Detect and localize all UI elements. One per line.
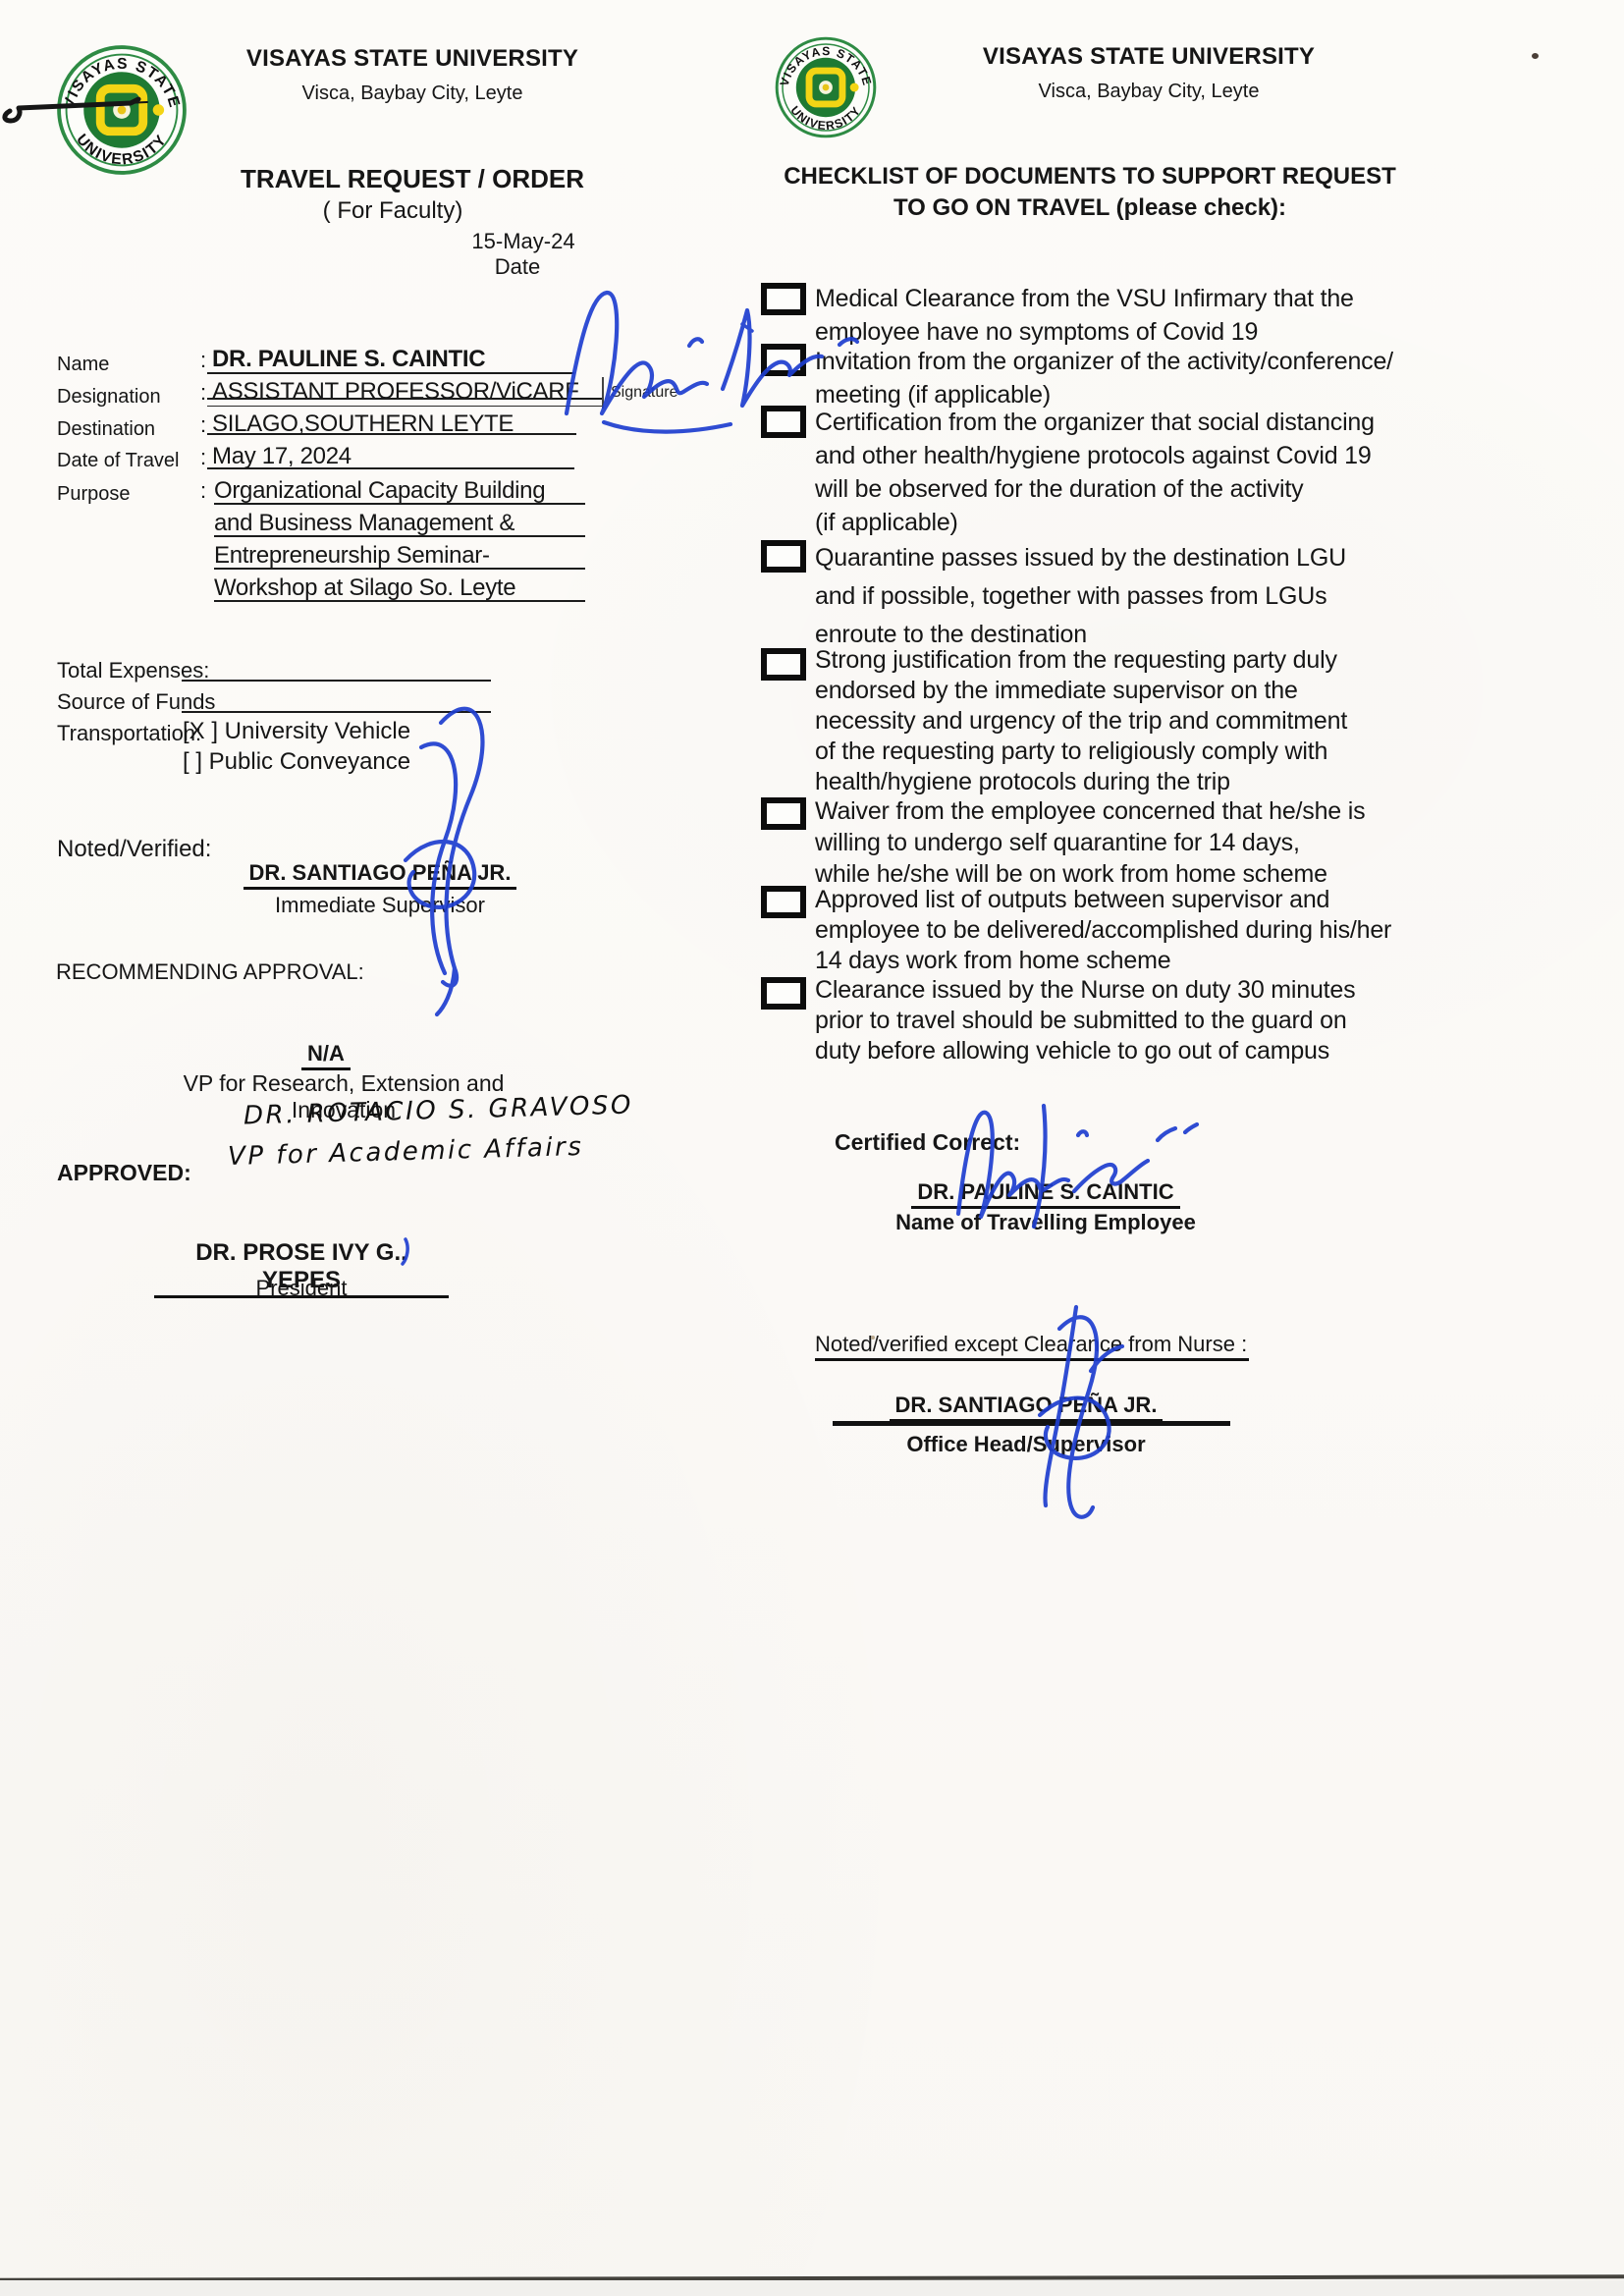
signature-caintic-top [689,339,702,346]
signature-caintic-top [604,422,731,432]
scan-speck [1532,53,1539,59]
recommending-approval-label: RECOMMENDING APPROVAL: [56,959,364,985]
checklist-item-line: 14 days work from home scheme [815,946,1429,976]
name-label: Name [57,354,109,376]
blank-line [182,711,491,713]
designation-value: ASSISTANT PROFESSOR/ViCARF [212,378,579,406]
checklist-item: Quarantine passes issued by the destinat… [815,539,1429,654]
signature-rule-line [833,1421,1230,1426]
signature-caption: Signature [611,384,678,402]
president-caption: President [154,1276,449,1301]
purpose-line: Workshop at Silago So. Leyte [214,574,585,602]
signature-box-divider [602,377,604,409]
field-underline [207,398,602,400]
checklist-item: Medical Clearance from the VSU Infirmary… [815,282,1429,349]
left-form-title: TRAVEL REQUEST / ORDER [236,164,589,194]
destination-label: Destination [57,418,155,441]
travel-date-value: May 17, 2024 [212,443,352,470]
colon: : [200,478,206,504]
scan-speck [871,1336,875,1339]
checkbox-icon [761,886,806,918]
right-university-address: Visca, Baybay City, Leyte [1001,81,1296,103]
colon: : [200,445,206,470]
checkbox-icon [761,344,806,376]
left-form-subtitle: ( For Faculty) [265,197,520,225]
checklist-item: Strong justification from the requesting… [815,645,1429,797]
checklist-item: Invitation from the organizer of the act… [815,345,1429,411]
checklist-item-line: Strong justification from the requesting… [815,645,1429,676]
vsu-seal-icon: VISAYAS STATEUNIVERSITY [55,43,189,177]
na-text: N/A [301,1041,351,1070]
signature-pena-left [437,968,455,1014]
checklist-item-line: Waiver from the employee concerned that … [815,795,1429,827]
na-value: N/A [238,1041,414,1070]
colon: : [200,412,206,438]
approved-label: APPROVED: [57,1160,191,1186]
travelling-employee-caption: Name of Travelling Employee [889,1210,1203,1235]
noted-verified-label: Noted/Verified: [57,836,211,863]
signature-pena-left [441,709,482,986]
checkbox-icon [761,648,806,681]
stray-ink-tick [742,324,752,331]
checklist-item-line: Medical Clearance from the VSU Infirmary… [815,282,1429,315]
signature-pena-left [421,743,456,973]
checkbox-icon [761,797,806,830]
office-head-caption: Office Head/Supervisor [869,1432,1183,1457]
checklist-item: Certification from the organizer that so… [815,406,1429,539]
travel-date-label: Date of Travel [57,450,180,472]
checklist-item-line: health/hygiene protocols during the trip [815,767,1429,797]
purpose-line: Entrepreneurship Seminar- [214,542,585,570]
checklist-item-line: employee to be delivered/accomplished du… [815,915,1429,946]
checklist-item: Clearance issued by the Nurse on duty 30… [815,975,1429,1066]
checklist-item-line: endorsed by the immediate supervisor on … [815,676,1429,706]
noted-except-clearance-text: Noted/verified except Clearance from Nur… [815,1332,1249,1361]
transportation-label: Transportation: [57,721,201,746]
immediate-supervisor-name-text: DR. SANTIAGO PEÑA JR. [244,860,517,890]
checklist-item-line: employee have no symptoms of Covid 19 [815,315,1429,349]
certified-correct-label: Certified Correct: [835,1129,1020,1156]
checklist-item-line: Approved list of outputs between supervi… [815,885,1429,915]
checklist-item-line: prior to travel should be submitted to t… [815,1006,1429,1036]
checklist-item-line: will be observed for the duration of the… [815,472,1429,506]
checklist-item-line: Clearance issued by the Nurse on duty 30… [815,975,1429,1006]
checklist-item-line: Quarantine passes issued by the destinat… [815,539,1429,577]
checklist-item-line: and if possible, together with passes fr… [815,577,1429,616]
travelling-employee-name: DR. PAULINE S. CAINTIC [889,1179,1203,1209]
scan-bottom-margin [0,2280,1624,2296]
field-underline [207,372,574,374]
transport-option-university-vehicle: [X ] University Vehicle [183,718,410,745]
signature-caintic-certified [1158,1124,1197,1140]
field-underline [207,467,574,469]
colon: : [200,348,206,373]
transport-option-public-conveyance: [ ] Public Conveyance [183,748,410,776]
signature-caintic-certified [1078,1131,1087,1135]
checkbox-icon [761,283,806,315]
purpose-line: Organizational Capacity Building [214,477,585,505]
designation-label: Designation [57,386,161,409]
form-date-label: Date [419,254,616,280]
checklist-item-line: and other health/hygiene protocols again… [815,439,1429,472]
checklist-item-line: (if applicable) [815,506,1429,539]
immediate-supervisor-name: DR. SANTIAGO PEÑA JR. [223,860,537,890]
checklist-item-line: of the requesting party to religiously c… [815,737,1429,767]
field-underline [207,433,576,435]
scanned-travel-request-document: VISAYAS STATEUNIVERSITY VISAYAS STATEUNI… [0,0,1624,2296]
travelling-employee-name-text: DR. PAULINE S. CAINTIC [911,1179,1179,1209]
purpose-label: Purpose [57,483,131,506]
checklist-item-line: necessity and urgency of the trip and co… [815,706,1429,737]
right-university-name: VISAYAS STATE UNIVERSITY [962,43,1335,71]
checkbox-icon [761,540,806,573]
checklist-item: Approved list of outputs between supervi… [815,885,1429,976]
purpose-line: and Business Management & [214,510,585,537]
left-university-name: VISAYAS STATE UNIVERSITY [226,45,599,73]
checkbox-icon [761,406,806,438]
checklist-title-line2: TO GO ON TRAVEL (please check): [776,194,1404,222]
vsu-seal-icon: VISAYAS STATEUNIVERSITY [774,35,878,139]
field-underline [207,406,602,407]
immediate-supervisor-caption: Immediate Supervisor [223,893,537,918]
checklist-item-line: Certification from the organizer that so… [815,406,1429,439]
noted-except-clearance-label: Noted/verified except Clearance from Nur… [815,1332,1249,1361]
left-university-address: Visca, Baybay City, Leyte [265,82,560,105]
office-head-name: DR. SANTIAGO PEÑA JR. [869,1393,1183,1422]
checklist-item: Waiver from the employee concerned that … [815,795,1429,890]
name-value: DR. PAULINE S. CAINTIC [212,346,485,373]
checklist-item-line: Invitation from the organizer of the act… [815,345,1429,378]
checklist-title-line1: CHECKLIST OF DOCUMENTS TO SUPPORT REQUES… [776,163,1404,191]
checklist-item-line: duty before allowing vehicle to go out o… [815,1036,1429,1066]
checklist-item-line: willing to undergo self quarantine for 1… [815,827,1429,858]
blank-line [182,680,491,682]
handwritten-approver-title: VP for Academic Affairs [228,1132,584,1172]
office-head-name-text: DR. SANTIAGO PEÑA JR. [890,1393,1164,1422]
checkbox-icon [761,977,806,1010]
colon: : [200,380,206,406]
form-date-value: 15-May-24 [425,229,622,254]
